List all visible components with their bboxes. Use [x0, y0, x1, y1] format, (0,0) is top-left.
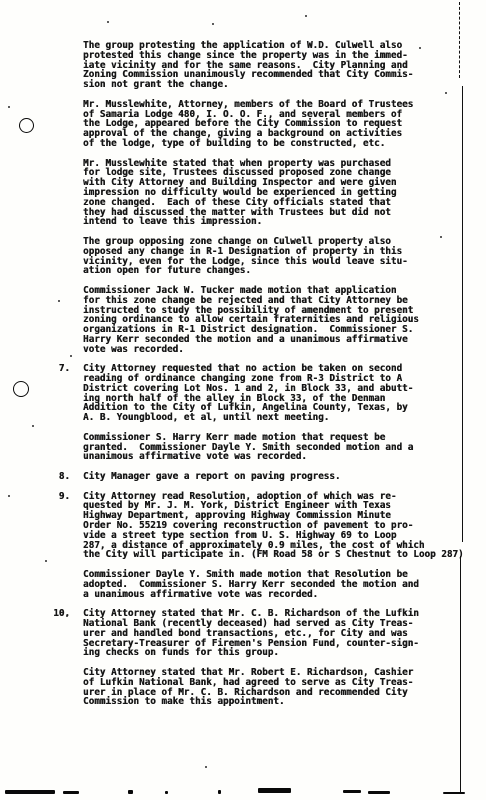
scan-speck [70, 355, 72, 357]
paragraph: Mr. Musslewhite, Attorney, members of th… [83, 100, 478, 149]
scanned-document-page: The group protesting the application of … [0, 0, 486, 800]
page-edge-scan-line [459, 2, 460, 78]
page-edge-scan-line [460, 556, 461, 792]
scan-smudge [63, 791, 79, 794]
scan-smudge [128, 790, 133, 794]
scan-speck [440, 236, 442, 238]
scan-speck [8, 106, 10, 108]
paragraph: Commissioner Jack W. Tucker made motion … [83, 286, 478, 355]
scan-speck [445, 92, 447, 94]
paragraph: City Attorney stated that Mr. C. B. Rich… [83, 609, 478, 658]
page-edge-scan-line [462, 86, 463, 542]
scan-speck [45, 560, 47, 562]
scan-speck [107, 21, 109, 23]
hole-punch-mark [19, 118, 34, 133]
scan-smudge [443, 792, 465, 794]
scan-speck [212, 23, 214, 25]
scan-smudge [258, 788, 291, 793]
scan-speck [205, 766, 207, 768]
scan-speck [305, 15, 307, 17]
paragraph: City Attorney stated that Mr. Robert E. … [83, 668, 478, 707]
paragraph: Mr. Musslewhite stated that when propert… [83, 159, 478, 228]
paragraph: Commissioner Dayle Y. Smith made motion … [83, 570, 478, 599]
scan-speck [66, 615, 68, 617]
numbered-item-10: 10. City Attorney stated that Mr. C. B. … [83, 609, 478, 707]
paragraph: City Attorney read Resolution, adoption … [83, 492, 478, 561]
numbered-item-8: 8. City Manager gave a report on paving … [83, 472, 478, 482]
scan-smudge [343, 790, 361, 793]
item-number: 10. [53, 609, 70, 619]
scan-speck [58, 300, 60, 302]
paragraph: City Manager gave a report on paving pro… [83, 472, 478, 482]
paragraph: Commissioner S. Harry Kerr made motion t… [83, 433, 478, 462]
scan-smudge [5, 790, 55, 794]
scan-smudge [368, 791, 390, 794]
hole-punch-mark [13, 381, 29, 397]
scan-smudge [218, 790, 221, 794]
scan-smudge [165, 791, 168, 794]
scan-speck [419, 47, 421, 49]
document-text-block: The group protesting the application of … [83, 41, 478, 717]
paragraph: The group opposing zone change on Culwel… [83, 237, 478, 276]
item-number: 8. [59, 472, 70, 482]
scan-speck [8, 495, 10, 497]
item-number: 9. [59, 492, 70, 502]
numbered-item-7: 7. City Attorney requested that no actio… [83, 364, 478, 462]
numbered-item-9: 9. City Attorney read Resolution, adopti… [83, 492, 478, 600]
paragraph: City Attorney requested that no action b… [83, 364, 478, 423]
scan-speck [32, 425, 34, 427]
item-number: 7. [59, 364, 70, 374]
